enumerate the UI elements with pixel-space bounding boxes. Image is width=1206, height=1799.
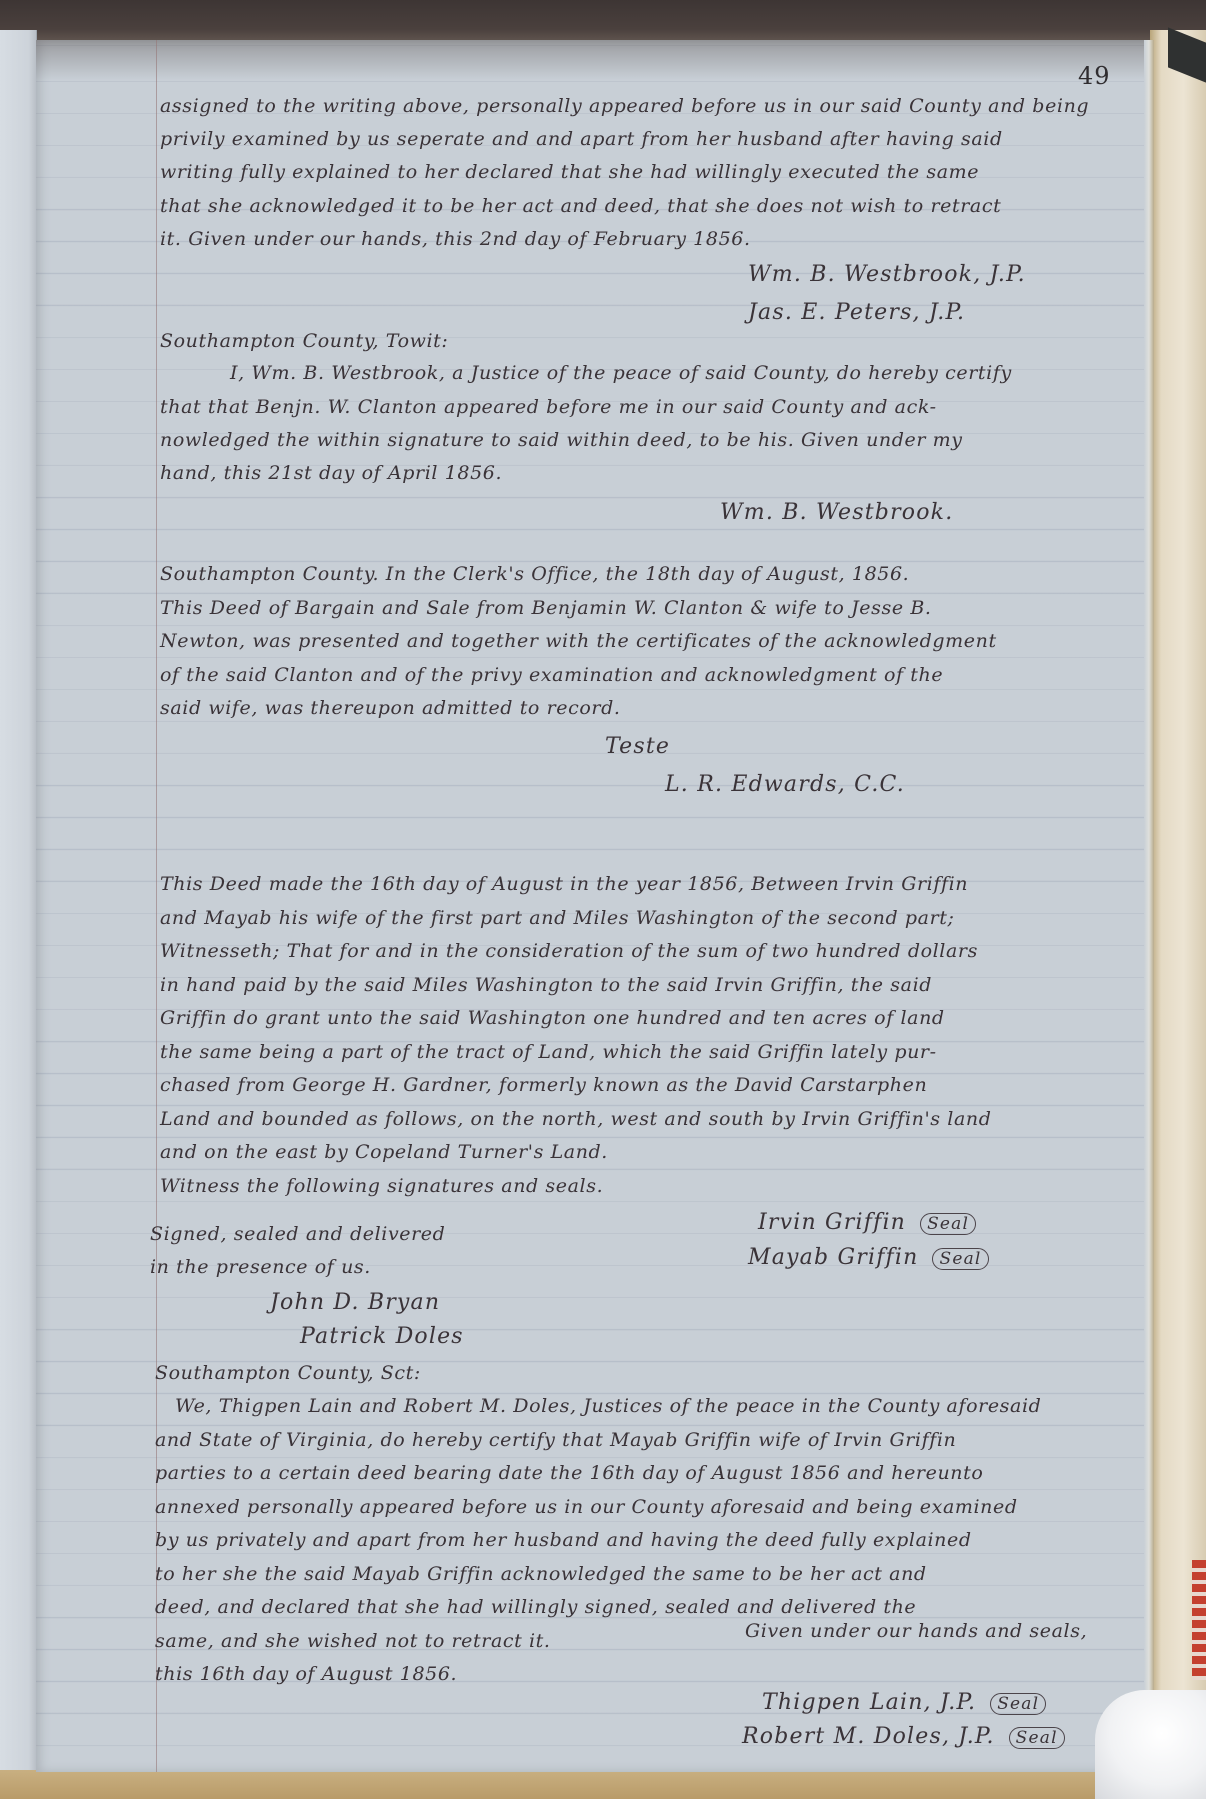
- attestation-line: in the presence of us.: [150, 1256, 371, 1278]
- teste-label: Teste: [605, 734, 670, 759]
- text-line: and State of Virginia, do hereby certify…: [155, 1429, 956, 1451]
- text-line: Land and bounded as follows, on the nort…: [160, 1108, 991, 1130]
- given-line: Given under our hands and seals,: [745, 1620, 1087, 1642]
- text-line: Southampton County. In the Clerk's Offic…: [160, 563, 909, 585]
- attestation-line: Signed, sealed and delivered: [150, 1223, 445, 1245]
- witness-signature: John D. Bryan: [270, 1290, 440, 1315]
- text-line: parties to a certain deed bearing date t…: [155, 1462, 983, 1484]
- signer-name: Thigpen Lain, J.P.: [762, 1690, 976, 1715]
- text-line: annexed personally appeared before us in…: [155, 1496, 1018, 1518]
- justice-signature: Robert M. Doles, J.P.Seal: [742, 1724, 1065, 1749]
- text-line: This Deed of Bargain and Sale from Benja…: [160, 597, 932, 619]
- text-line: same, and she wished not to retract it.: [155, 1630, 551, 1652]
- text-line: We, Thigpen Lain and Robert M. Doles, Ju…: [175, 1395, 1041, 1417]
- section-heading: Southampton County, Towit:: [160, 330, 448, 352]
- text-line: writing fully explained to her declared …: [160, 161, 979, 183]
- text-line: deed, and declared that she had willingl…: [155, 1596, 916, 1618]
- text-line: of the said Clanton and of the privy exa…: [160, 664, 943, 686]
- signature: Jas. E. Peters, J.P.: [748, 300, 965, 325]
- text-line: chased from George H. Gardner, formerly …: [160, 1074, 927, 1096]
- signer-name: Irvin Griffin: [758, 1210, 906, 1235]
- text-line: said wife, was thereupon admitted to rec…: [160, 697, 621, 719]
- text-line: assigned to the writing above, personall…: [160, 95, 1089, 117]
- seal-mark: Seal: [932, 1248, 988, 1270]
- text-line: and Mayab his wife of the first part and…: [160, 907, 955, 929]
- text-line: Newton, was presented and together with …: [160, 630, 997, 652]
- text-line: nowledged the within signature to said w…: [160, 429, 963, 451]
- grantor-signature: Mayab GriffinSeal: [748, 1245, 989, 1270]
- date-line: this 16th day of August 1856.: [155, 1663, 457, 1685]
- justice-signature: Thigpen Lain, J.P.Seal: [762, 1690, 1046, 1715]
- signer-name: Robert M. Doles, J.P.: [742, 1724, 995, 1749]
- signer-name: Mayab Griffin: [748, 1245, 918, 1270]
- text-line: hand, this 21st day of April 1856.: [160, 462, 502, 484]
- page-number: 49: [1078, 62, 1111, 90]
- text-line: Griffin do grant unto the said Washingto…: [160, 1007, 945, 1029]
- text-line: it. Given under our hands, this 2nd day …: [160, 228, 751, 250]
- text-line: I, Wm. B. Westbrook, a Justice of the pe…: [230, 362, 1012, 384]
- seal-mark: Seal: [990, 1693, 1046, 1715]
- text-line: privily examined by us seperate and and …: [160, 128, 1003, 150]
- text-line: in hand paid by the said Miles Washingto…: [160, 974, 932, 996]
- text-line: that that Benjn. W. Clanton appeared bef…: [160, 396, 937, 418]
- text-line: to her she the said Mayab Griffin acknow…: [155, 1563, 927, 1585]
- witness-signature: Patrick Doles: [300, 1324, 464, 1349]
- gloved-hand: [1095, 1690, 1206, 1799]
- grantor-signature: Irvin GriffinSeal: [758, 1210, 976, 1235]
- seal-mark: Seal: [920, 1213, 976, 1235]
- left-page-leaf: [0, 30, 37, 1770]
- section-heading: Southampton County, Sct:: [155, 1362, 421, 1384]
- ribbon-tab: [1192, 1560, 1206, 1680]
- text-line: Witnesseth; That for and in the consider…: [160, 940, 978, 962]
- signature: Wm. B. Westbrook.: [720, 500, 953, 525]
- text-line: and on the east by Copeland Turner's Lan…: [160, 1141, 608, 1163]
- seal-mark: Seal: [1009, 1727, 1065, 1749]
- page-edge: [1144, 40, 1154, 1772]
- book-binding-edge: [1150, 30, 1206, 1799]
- signature: Wm. B. Westbrook, J.P.: [748, 262, 1026, 287]
- witness-line: Witness the following signatures and sea…: [160, 1175, 603, 1197]
- text-line: by us privately and apart from her husba…: [155, 1529, 972, 1551]
- text-line: This Deed made the 16th day of August in…: [160, 873, 968, 895]
- signature: L. R. Edwards, C.C.: [665, 772, 905, 797]
- text-line: the same being a part of the tract of La…: [160, 1041, 937, 1063]
- text-line: that she acknowledged it to be her act a…: [160, 195, 1001, 217]
